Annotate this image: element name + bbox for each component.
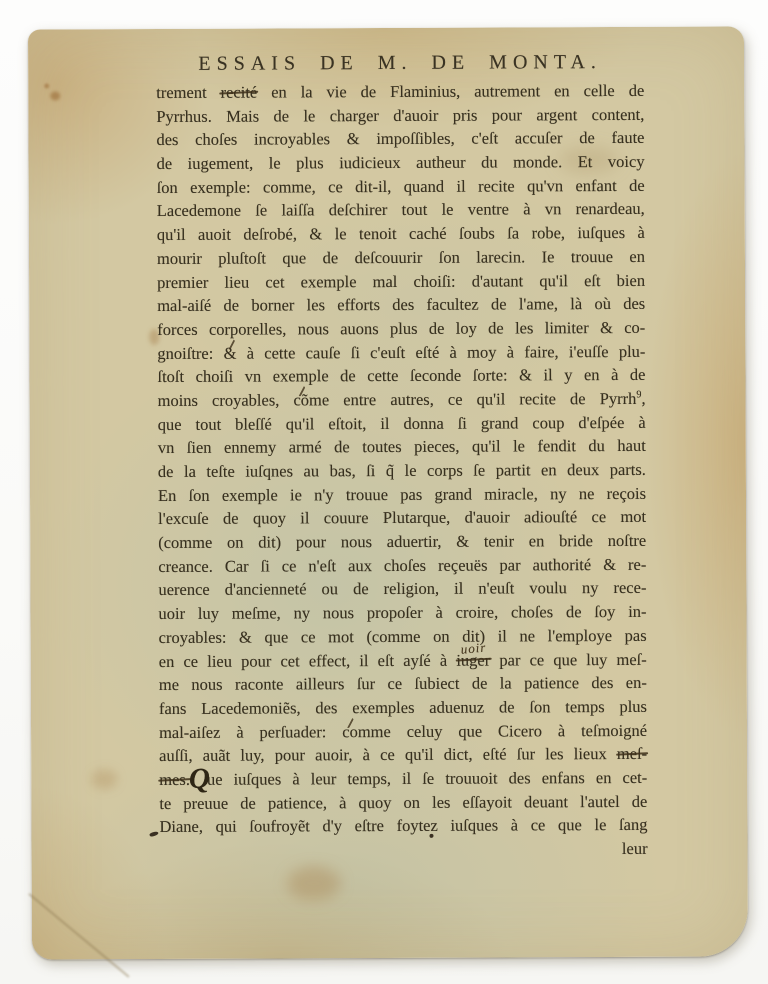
- text-segment: (comme on dit) pour nous aduertir, & ten…: [158, 531, 646, 552]
- text-segment-strike: recité: [221, 81, 258, 105]
- text-line: vn ſien ennemy armé de toutes pieces, qu…: [158, 434, 646, 460]
- text-segment: en la vie de Flaminius, autrement en cel…: [257, 81, 644, 102]
- text-line: uerence d'ancienneté ou de religion, il …: [158, 576, 646, 602]
- text-segment: mal-aiſé de borner les efforts des facul…: [157, 294, 645, 315]
- text-line: auſſi, auãt luy, pour auoir, à ce qu'il …: [159, 742, 647, 768]
- text-segment-strike: iuger: [456, 648, 490, 672]
- paper-stain: [91, 769, 117, 789]
- text-line: Pyrrhus. Mais de le charger d'auoir pris…: [156, 103, 644, 129]
- text-line: de iugement, le plus iudicieux autheur d…: [157, 150, 645, 176]
- text-segment: que tout bleſſé qu'il eſtoit, il donna ſ…: [158, 413, 646, 434]
- text-segment: me nous raconte ailleurs ſur ce ſubiect …: [159, 673, 647, 694]
- text-line: l'excuſe de quoy il couure Plutarque, d'…: [158, 505, 646, 531]
- text-line: (comme on dit) pour nous aduertir, & ten…: [158, 529, 646, 555]
- text-segment: gnoiſtre:: [157, 343, 223, 362]
- text-segment: croyables: & que ce mot (comme on dit) i…: [159, 626, 647, 647]
- text-segment: Pyrrhus. Mais de le charger d'auoir pris…: [156, 105, 644, 126]
- text-line: Diane, qui ſoufroyẽt d'y eſtre foytez iu…: [159, 813, 647, 839]
- text-segment: trement: [156, 83, 220, 102]
- text-segment-corr: &: [224, 341, 237, 365]
- text-segment: vn ſien ennemy armé de toutes pieces, qu…: [158, 436, 646, 457]
- text-segment: premier lieu cet exemple mal choiſi: d'a…: [157, 270, 645, 291]
- text-line: mal-aiſez à perſuader: comme celuy que C…: [159, 718, 647, 744]
- text-line: en ce lieu pour cet effect, il eſt ayſé …: [159, 647, 647, 673]
- text-segment: auſſi, auãt luy, pour auoir, à ce qu'il …: [159, 744, 617, 765]
- text-line: moins croyables, cõme entre autres, ce q…: [158, 387, 646, 413]
- text-line: mal-aiſé de borner les efforts des facul…: [157, 292, 645, 318]
- text-line: mes.Que iuſques à leur temps, il ſe trou…: [159, 766, 647, 792]
- text-segment: qu'il auoit deſrobé, & le tenoit caché ſ…: [157, 223, 645, 244]
- text-line: creance. Car ſi ce n'eſt aux choſes reçe…: [158, 553, 646, 579]
- text-segment: ſon exemple: comme, ce dit-il, quand il …: [157, 176, 645, 197]
- paper-stain: [44, 83, 49, 88]
- text-segment: Lacedemone ſe laiſſa deſchirer tout le v…: [157, 199, 645, 220]
- text-segment: de la teſte iuſqnes au bas, ſi q̃ le cor…: [158, 460, 646, 481]
- paper-stain: [287, 866, 341, 900]
- text-line: premier lieu cet exemple mal choiſi: d'a…: [157, 268, 645, 294]
- text-line: uoir luy meſme, ny nous propoſer à croir…: [158, 600, 646, 626]
- text-column: ESSAIS DE M. DE MONTA. trement recité en…: [156, 51, 648, 863]
- text-line: croyables: & que ce mot (comme on dit) i…: [159, 624, 647, 650]
- text-segment: celuy que Cicero à teſmoigné: [391, 720, 647, 740]
- text-segment: par ce que luy meſ-: [490, 649, 647, 669]
- text-segment: à cette cauſe ſi c'euſt eſté à moy à fai…: [236, 341, 645, 362]
- text-segment: l'excuſe de quoy il couure Plutarque, d'…: [158, 507, 646, 528]
- text-line: te preuue de patience, à quoy on les eſſ…: [159, 789, 647, 815]
- paper-stain: [50, 91, 60, 100]
- text-segment: uerence d'ancienneté ou de religion, il …: [158, 578, 646, 599]
- text-segment: Diane, qui ſoufroyẽt d'y eſtre foytez iu…: [159, 815, 647, 836]
- text-line: trement recité en la vie de Flaminius, a…: [156, 79, 644, 105]
- text-segment: En ſon exemple ie n'y trouue pas grand m…: [158, 484, 646, 505]
- text-line: des choſes incroyables & impoſſibles, c'…: [156, 126, 644, 152]
- text-segment: entre autres, ce qu'il recite de Pyrrh: [329, 389, 636, 409]
- text-segment: fans Lacedemoniẽs, des exemples aduenuz …: [159, 697, 647, 718]
- text-line: ſtoſt choiſi vn exemple de cette ſeconde…: [157, 363, 645, 389]
- text-segment: en ce lieu pour cet effect, il eſt ayſé …: [159, 650, 457, 670]
- text-segment: creance. Car ſi ce n'eſt aux choſes reçe…: [158, 555, 646, 576]
- text-segment: ue iuſques à leur temps, il ſe trouuoit …: [207, 768, 647, 789]
- text-segment: te preuue de patience, à quoy on les eſſ…: [159, 791, 647, 812]
- text-segment-corr: cõme: [293, 388, 329, 412]
- text-segment: uoir luy meſme, ny nous propoſer à croir…: [158, 602, 646, 623]
- text-line: qu'il auoit deſrobé, & le tenoit caché ſ…: [157, 221, 645, 247]
- text-segment-strike: mes.: [159, 768, 190, 792]
- text-line: gnoiſtre: & à cette cauſe ſi c'euſt eſté…: [157, 339, 645, 365]
- text-segment: des choſes incroyables & impoſſibles, c'…: [156, 128, 644, 149]
- text-segment: mourir pluſtoſt que de deſcouurir ſon la…: [157, 247, 645, 268]
- text-segment: moins croyables,: [158, 390, 294, 410]
- text-line: que tout bleſſé qu'il eſtoit, il donna ſ…: [158, 411, 646, 437]
- text-line: En ſon exemple ie n'y trouue pas grand m…: [158, 482, 646, 508]
- text-line: Lacedemone ſe laiſſa deſchirer tout le v…: [157, 197, 645, 223]
- correction-group: uoiriuger: [456, 648, 490, 672]
- text-segment: mal-aiſez à perſuader:: [159, 722, 342, 742]
- catchword: leur: [160, 837, 648, 863]
- text-line: mourir pluſtoſt que de deſcouurir ſon la…: [157, 245, 645, 271]
- text-block: trement recité en la vie de Flaminius, a…: [156, 79, 647, 839]
- text-segment: forces corporelles, nous auons plus de l…: [157, 318, 645, 339]
- text-line: ſon exemple: comme, ce dit-il, quand il …: [157, 174, 645, 200]
- text-line: de la teſte iuſqnes au bas, ſi q̃ le cor…: [158, 458, 646, 484]
- text-line: fans Lacedemoniẽs, des exemples aduenuz …: [159, 695, 647, 721]
- text-segment-corr: comme: [342, 720, 391, 744]
- text-line: me nous raconte ailleurs ſur ce ſubiect …: [159, 671, 647, 697]
- text-segment: ,: [641, 389, 645, 408]
- text-segment: de iugement, le plus iudicieux autheur d…: [157, 152, 645, 173]
- text-segment: ſtoſt choiſi vn exemple de cette ſeconde…: [157, 365, 645, 386]
- book-page: ESSAIS DE M. DE MONTA. trement recité en…: [28, 26, 748, 959]
- text-segment-strike: meſ-: [617, 742, 647, 766]
- running-header: ESSAIS DE M. DE MONTA.: [156, 51, 644, 76]
- ink-mark: [149, 831, 159, 838]
